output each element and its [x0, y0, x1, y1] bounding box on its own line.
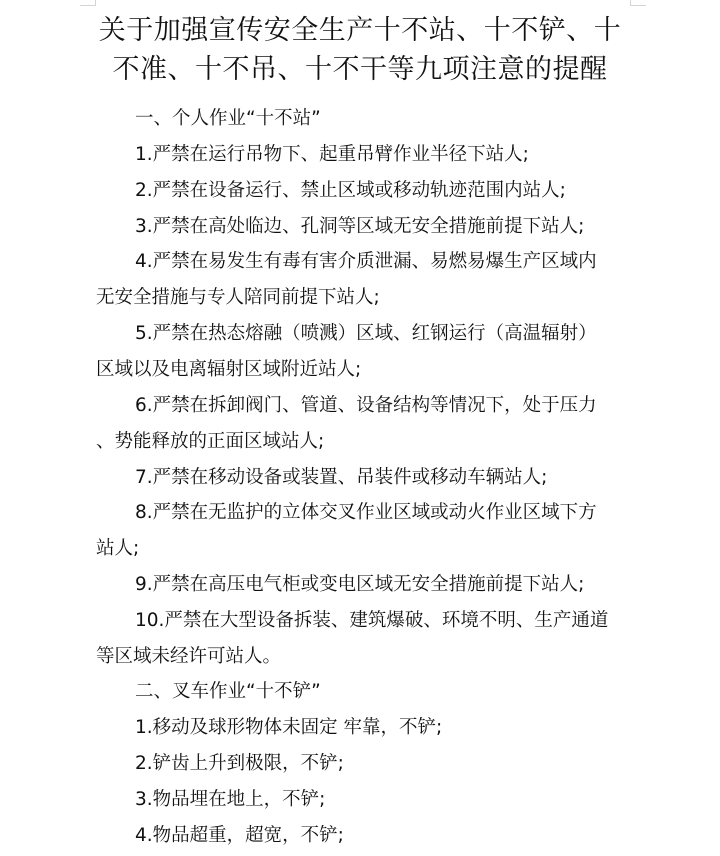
paragraph-line: 2.铲齿上升到极限，不铲; — [135, 752, 344, 776]
paragraph-line: 6.严禁在拆卸阀门、管道、设备结构等情况下，处于压力 — [135, 394, 597, 418]
section-heading-1: 一、个人作业“十不站” — [135, 107, 321, 131]
paragraph-line: 8.严禁在无监护的立体交叉作业区域或动火作业区域下方 — [135, 501, 597, 525]
paragraph-line: 3.物品埋在地上，不铲; — [135, 788, 325, 812]
paragraph-line: 10.严禁在大型设备拆装、建筑爆破、环境不明、生产通道 — [135, 609, 608, 633]
paragraph-line: 2.严禁在设备运行、禁止区域或移动轨迹范围内站人; — [135, 179, 566, 203]
paragraph-line: 4.物品超重，超宽，不铲; — [135, 824, 344, 848]
paragraph-line: 7.严禁在移动设备或装置、吊装件或移动车辆站人; — [135, 466, 547, 490]
paragraph-line: 、势能释放的正面区域站人; — [96, 430, 324, 454]
paragraph-line: 无安全措施与专人陪同前提下站人; — [96, 286, 380, 310]
paragraph-line: 1.移动及球形物体未固定 牢靠，不铲; — [135, 716, 442, 740]
paragraph-line: 3.严禁在高处临边、孔洞等区域无安全措施前提下站人; — [135, 215, 584, 239]
page-corner-mark-right — [630, 0, 646, 6]
page-corner-mark-left — [80, 0, 96, 6]
paragraph-line: 9.严禁在高压电气柜或变电区域无安全措施前提下站人; — [135, 573, 584, 597]
paragraph-line: 1.严禁在运行吊物下、起重吊臂作业半径下站人; — [135, 143, 529, 167]
paragraph-line: 4.严禁在易发生有毒有害介质泄漏、易燃易爆生产区域内 — [135, 250, 597, 274]
document-title-line-1: 关于加强宣传安全生产十不站、十不铲、十 — [0, 11, 720, 51]
section-heading-2: 二、叉车作业“十不铲” — [135, 680, 321, 704]
paragraph-line: 站人; — [96, 537, 139, 561]
paragraph-line: 5.严禁在热态熔融（喷溅）区域、红钢运行（高温辐射） — [135, 322, 597, 346]
paragraph-line: 等区域未经许可站人。 — [96, 645, 281, 669]
document-title-line-2: 不准、十不吊、十不干等九项注意的提醒 — [0, 50, 720, 90]
paragraph-line: 区域以及电离辐射区域附近站人; — [96, 358, 361, 382]
